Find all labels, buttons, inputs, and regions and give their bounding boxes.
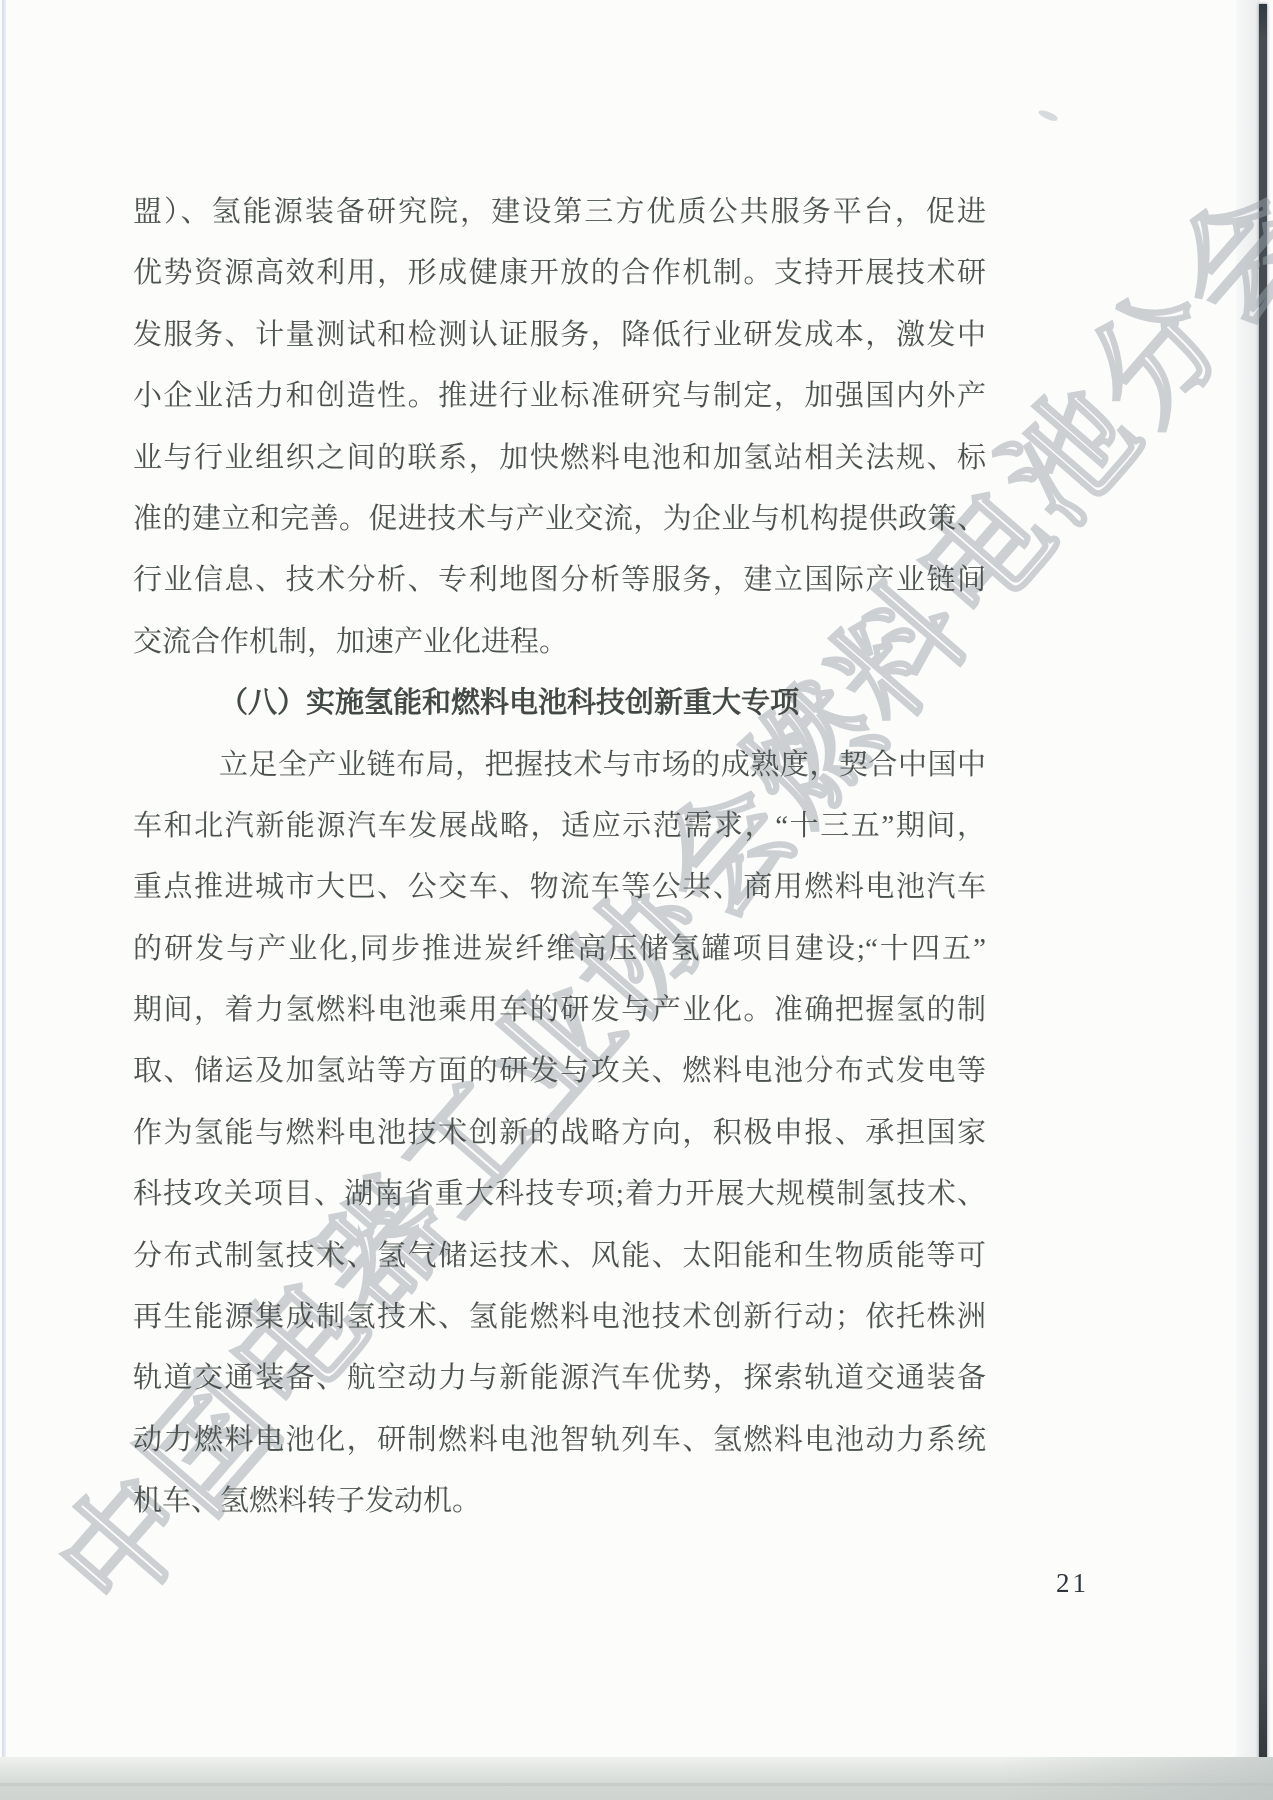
body-line: 机车、氢燃料转子发动机。 (133, 1471, 986, 1532)
body-line: 动力燃料电池化，研制燃料电池智轨列车、氢燃料电池动力系统 (133, 1410, 986, 1471)
body-line: 作为氢能与燃料电池技术创新的战略方向，积极申报、承担国家 (133, 1103, 986, 1164)
body-line: 行业信息、技术分析、专利地图分析等服务，建立国际产业链间 (133, 550, 986, 611)
body-line: 重点推进城市大巴、公交车、物流车等公共、商用燃料电池汽车 (133, 857, 986, 918)
body-line: 盟）、氢能源装备研究院，建设第三方优质公共服务平台，促进 (133, 182, 986, 243)
body-line: 的研发与产业化,同步推进炭纤维高压储氢罐项目建设;“十四五” (133, 919, 986, 980)
body-line: 交流合作机制，加速产业化进程。 (133, 612, 986, 673)
body-line: 科技攻关项目、湖南省重大科技专项;着力开展大规模制氢技术、 (133, 1164, 986, 1225)
body-line: 车和北汽新能源汽车发展战略，适应示范需求，“十三五”期间， (133, 796, 986, 857)
body-line: 轨道交通装备、航空动力与新能源汽车优势，探索轨道交通装备 (133, 1348, 986, 1409)
body-line: 发服务、计量测试和检测认证服务，降低行业研发成本，激发中 (133, 305, 986, 366)
body-line: 优势资源高效利用，形成健康开放的合作机制。支持开展技术研 (133, 243, 986, 304)
body-line: 分布式制氢技术、氢气储运技术、风能、太阳能和生物质能等可 (133, 1226, 986, 1287)
page-right-edge-band (1236, 0, 1260, 1766)
page-bottom-right-shade (1000, 1757, 1273, 1800)
body-line: 立足全产业链布局，把握技术与市场的成熟度，契合中国中 (133, 735, 986, 796)
scan-smudge (1037, 108, 1058, 123)
body-line: 期间，着力氢燃料电池乘用车的研发与产业化。准确把握氢的制 (133, 980, 986, 1041)
body-line: 取、储运及加氢站等方面的研发与攻关、燃料电池分布式发电等 (133, 1041, 986, 1102)
body-line: 准的建立和完善。促进技术与产业交流，为企业与机构提供政策、 (133, 489, 986, 550)
body-line: 小企业活力和创造性。推进行业标准研究与制定，加强国内外产 (133, 366, 986, 427)
body-line: 业与行业组织之间的联系，加快燃料电池和加氢站相关法规、标 (133, 428, 986, 489)
document-text-block: 盟）、氢能源装备研究院，建设第三方优质公共服务平台，促进 优势资源高效利用，形成… (133, 182, 986, 1533)
body-line: 再生能源集成制氢技术、氢能燃料电池技术创新行动；依托株洲 (133, 1287, 986, 1348)
page-left-edge-shadow (2, 0, 6, 1788)
page-right-edge-dark-line (1259, 4, 1267, 1768)
section-heading: （八）实施氢能和燃料电池科技创新重大专项 (133, 673, 986, 734)
page-number: 21 (1056, 1568, 1089, 1599)
